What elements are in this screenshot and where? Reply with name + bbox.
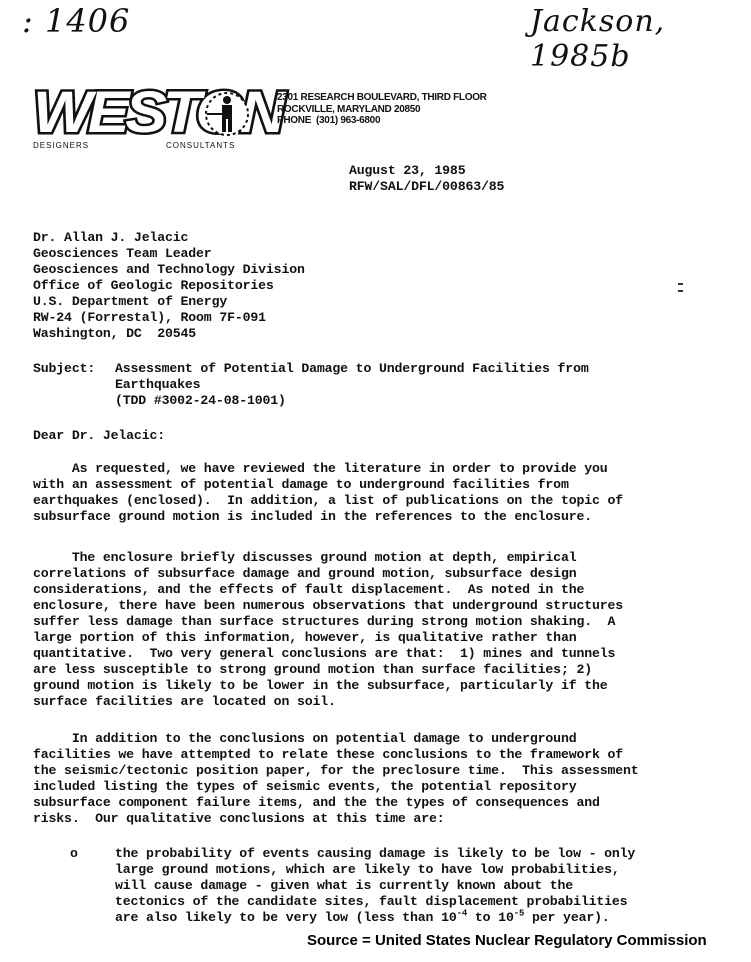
paragraph-2: The enclosure briefly discusses ground m… (33, 550, 623, 710)
exponent: -4 (457, 909, 468, 919)
paragraph-line: the seismic/tectonic position paper, for… (33, 763, 639, 779)
scan-mark (678, 283, 683, 285)
paragraph-line: enclosure, there have been numerous obse… (33, 598, 623, 614)
recipient-line: Dr. Allan J. Jelacic (33, 230, 305, 246)
subject-text: Assessment of Potential Damage to Underg… (115, 361, 589, 409)
paragraph-line: surface facilities are located on soil. (33, 694, 623, 710)
handwritten-citation: Jackson, 1985b (530, 4, 751, 74)
logo-caption-consultants: CONSULTANTS (166, 141, 235, 150)
bullet-text: to 10 (467, 910, 514, 925)
handwritten-doc-number: : 1406 (22, 2, 130, 40)
person-clock-icon (201, 88, 253, 140)
subject-line: (TDD #3002-24-08-1001) (115, 393, 589, 409)
address-line: ROCKVILLE, MARYLAND 20850 (277, 104, 487, 116)
paragraph-line: facilities we have attempted to relate t… (33, 747, 639, 763)
address-line: 2301 RESEARCH BOULEVARD, THIRD FLOOR (277, 92, 487, 104)
recipient-line: Geosciences and Technology Division (33, 262, 305, 278)
paragraph-line: suffer less damage than surface structur… (33, 614, 623, 630)
bullet-marker: o (70, 846, 78, 862)
paragraph-line: quantitative. Two very general conclusio… (33, 646, 623, 662)
paragraph-line: earthquakes (enclosed). In addition, a l… (33, 493, 623, 509)
bullet-line-last: are also likely to be very low (less tha… (115, 910, 635, 926)
letter-date: August 23, 1985 (349, 163, 465, 179)
address-line: PHONE (301) 963-6800 (277, 115, 487, 127)
bullet-text: per year). (524, 910, 609, 925)
subject-label: Subject: (33, 361, 95, 377)
paragraph-line: are less susceptible to strong ground mo… (33, 662, 623, 678)
logo-caption-designers: DESIGNERS (33, 141, 89, 150)
recipient-block: Dr. Allan J. Jelacic Geosciences Team Le… (33, 230, 305, 342)
recipient-line: RW-24 (Forrestal), Room 7F-091 (33, 310, 305, 326)
paragraph-1: As requested, we have reviewed the liter… (33, 461, 623, 525)
source-caption: Source = United States Nuclear Regulator… (307, 932, 707, 949)
subject-line: Assessment of Potential Damage to Underg… (115, 361, 589, 377)
paragraph-line: with an assessment of potential damage t… (33, 477, 623, 493)
bullet-line: large ground motions, which are likely t… (115, 862, 635, 878)
subject-line: Earthquakes (115, 377, 589, 393)
paragraph-line: included listing the types of seismic ev… (33, 779, 639, 795)
paragraph-line: subsurface component failure items, and … (33, 795, 639, 811)
paragraph-line: risks. Our qualitative conclusions at th… (33, 811, 639, 827)
weston-logo: WESTON DESIGNERS CONSULTANTS (33, 84, 273, 154)
paragraph-line: correlations of subsurface damage and gr… (33, 566, 623, 582)
bullet-line: tectonics of the candidate sites, fault … (115, 894, 635, 910)
paragraph-line: In addition to the conclusions on potent… (33, 731, 639, 747)
bullet-text: are also likely to be very low (less tha… (115, 910, 457, 925)
letterhead-address: 2301 RESEARCH BOULEVARD, THIRD FLOOR ROC… (277, 92, 487, 127)
paragraph-3: In addition to the conclusions on potent… (33, 731, 639, 827)
paragraph-line: The enclosure briefly discusses ground m… (33, 550, 623, 566)
paragraph-line: As requested, we have reviewed the liter… (33, 461, 623, 477)
recipient-line: Geosciences Team Leader (33, 246, 305, 262)
paragraph-line: ground motion is likely to be lower in t… (33, 678, 623, 694)
recipient-line: U.S. Department of Energy (33, 294, 305, 310)
exponent: -5 (514, 909, 525, 919)
bullet-item: the probability of events causing damage… (115, 846, 635, 926)
recipient-line: Washington, DC 20545 (33, 326, 305, 342)
recipient-line: Office of Geologic Repositories (33, 278, 305, 294)
bullet-line: will cause damage - given what is curren… (115, 878, 635, 894)
paragraph-line: considerations, and the effects of fault… (33, 582, 623, 598)
salutation: Dear Dr. Jelacic: (33, 428, 165, 444)
scan-mark (678, 290, 683, 292)
letter-reference: RFW/SAL/DFL/00863/85 (349, 179, 504, 195)
bullet-line: the probability of events causing damage… (115, 846, 635, 862)
paragraph-line: subsurface ground motion is included in … (33, 509, 623, 525)
paragraph-line: large portion of this information, howev… (33, 630, 623, 646)
